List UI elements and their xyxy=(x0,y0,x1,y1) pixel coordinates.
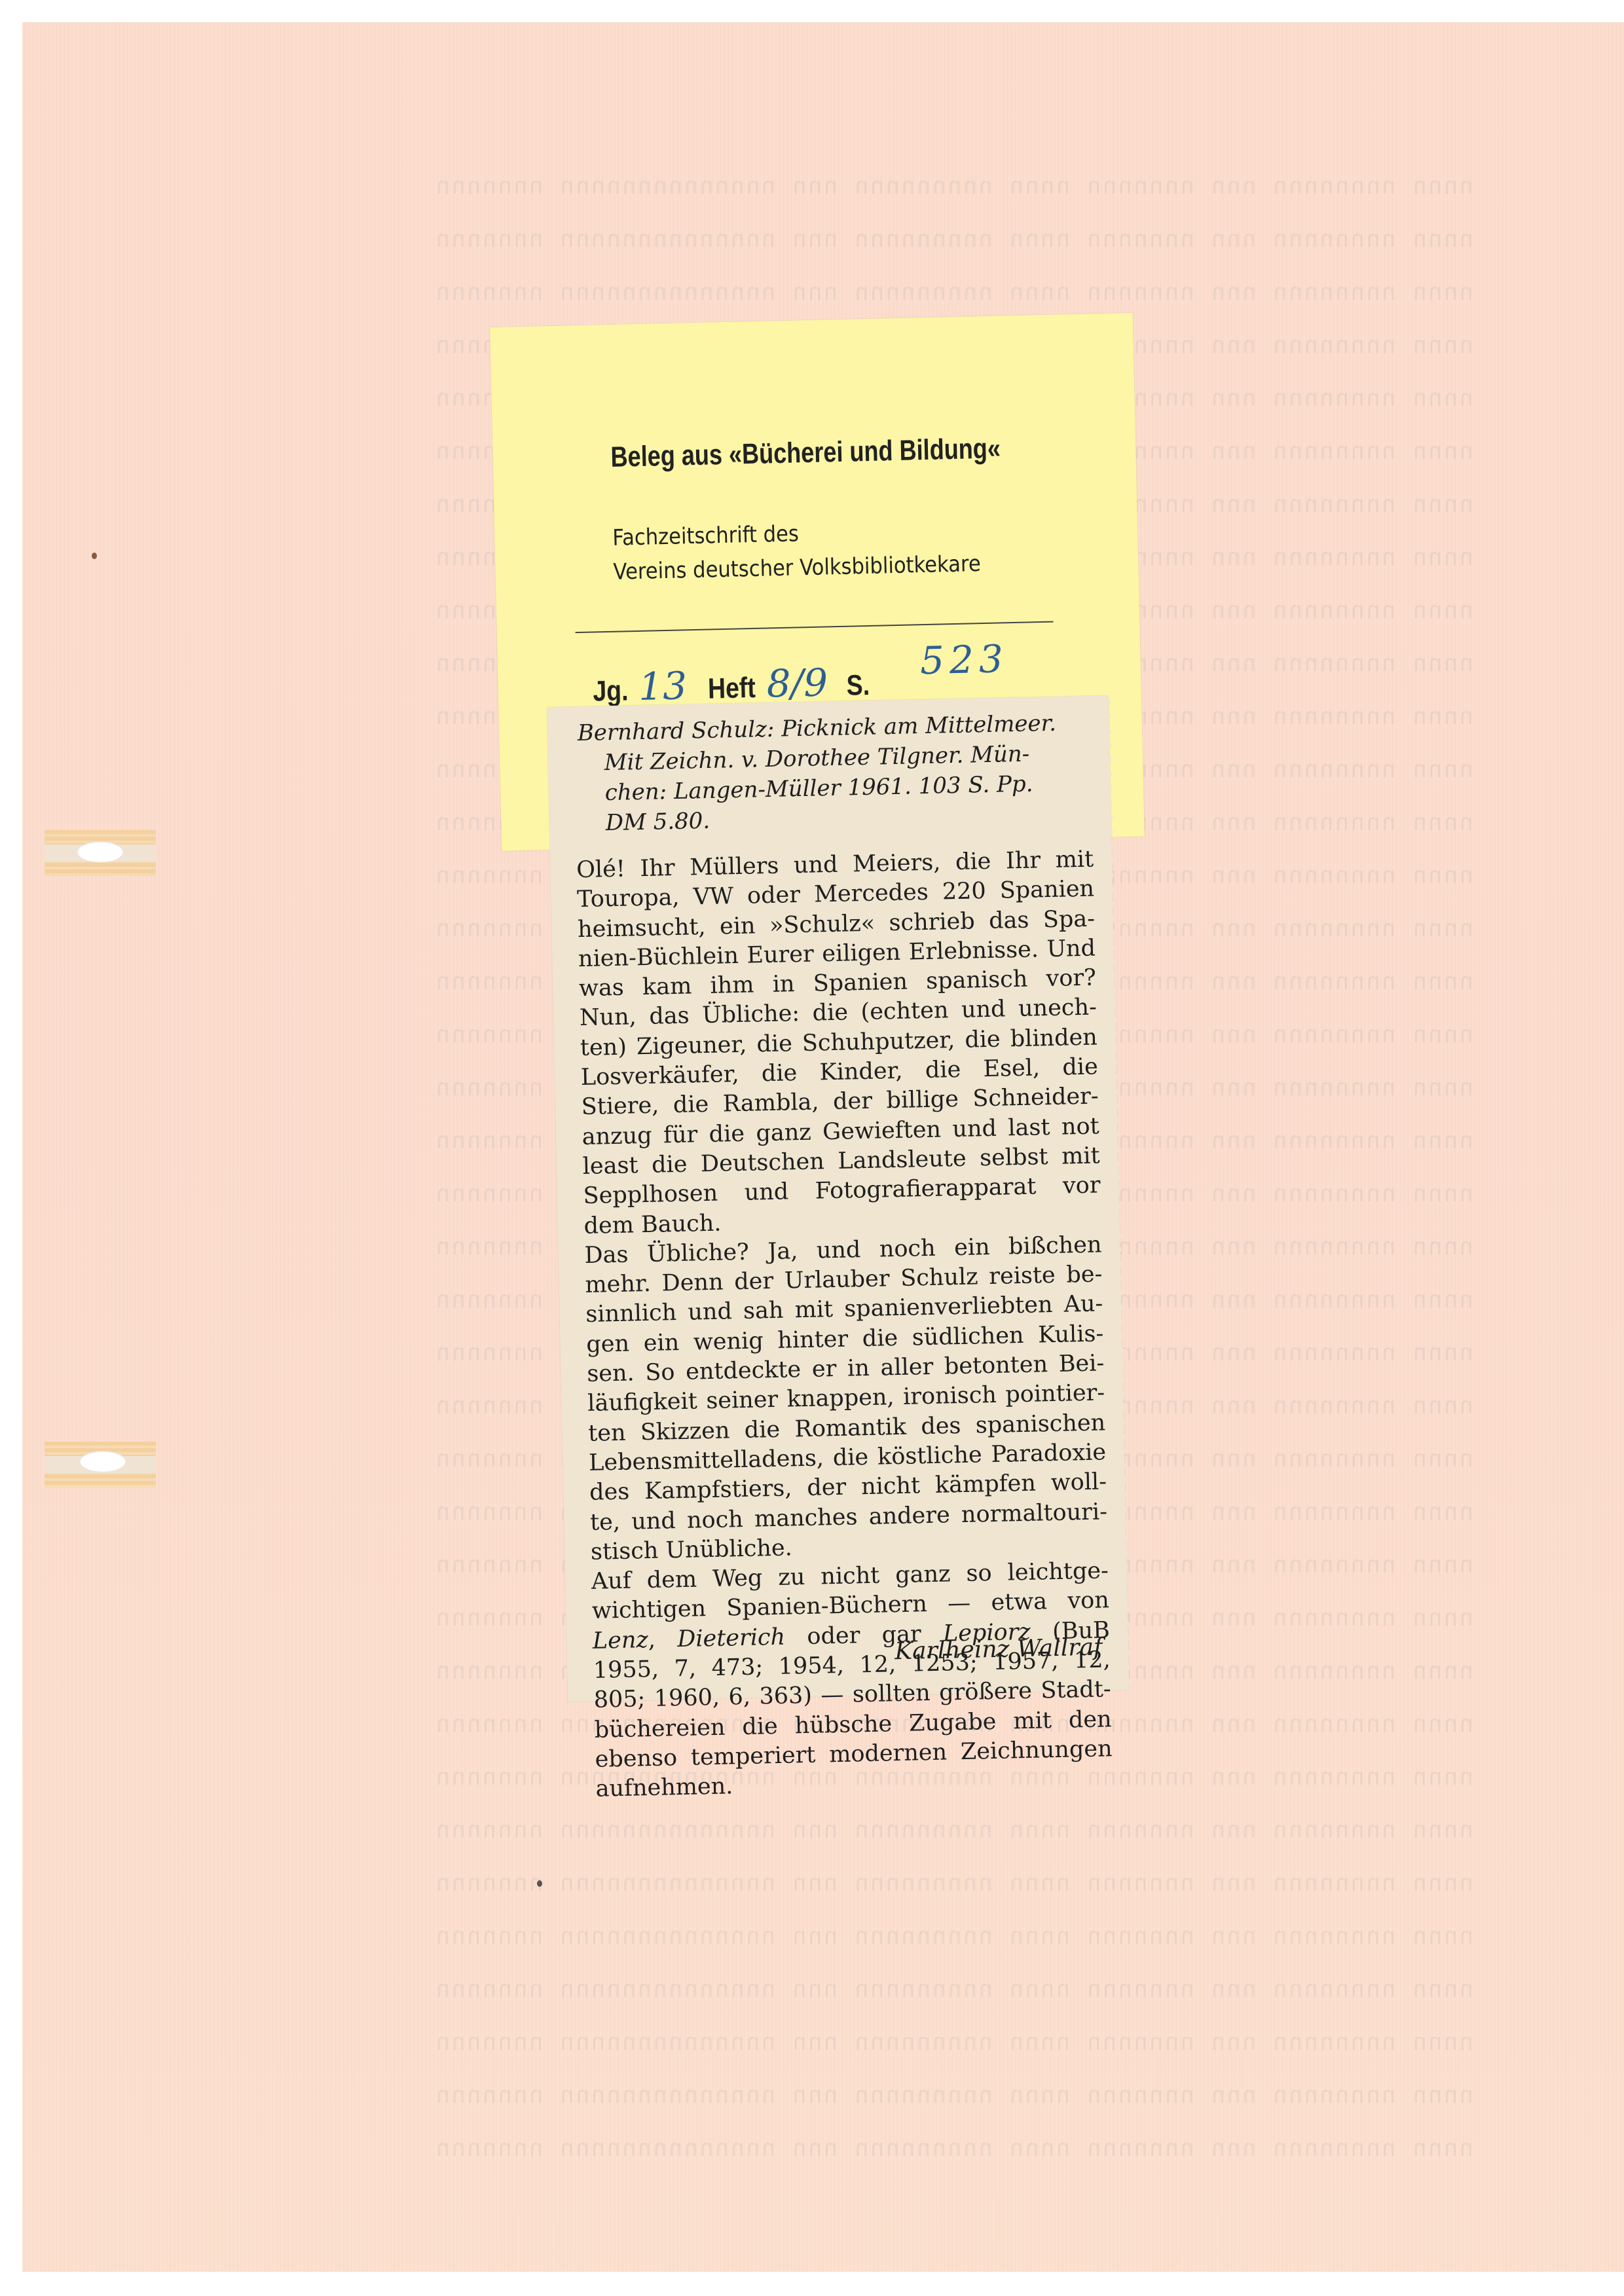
show-through-line: nnnn nnnnnnnn nnn nnnnnnn nnnn nnnnnnnnn… xyxy=(193,1923,1473,1950)
issue-label: Heft xyxy=(707,672,756,706)
show-through-line: nnnn nnnnnnnn nnn nnnnnnn nnnn nnnnnnnnn… xyxy=(193,1817,1473,1844)
show-through-line: nnnn nnnnnnnn nnn nnnnnnn nnnn nnnnnnnnn… xyxy=(193,173,1473,200)
volume-label: Jg. xyxy=(593,674,629,708)
show-through-line: nnnn nnnnnnnn nnn nnnnnnn nnnn nnnnnnnnn… xyxy=(193,1870,1473,1897)
show-through-line: nnnn nnnnnnnn nnn nnnnnnn nnnn nnnnnnnnn… xyxy=(193,2135,1473,2162)
paper-speck xyxy=(537,1880,542,1887)
card-subtitle: Fachzeitschrift des Vereins deutscher Vo… xyxy=(612,513,981,589)
show-through-line: nnnn nnnnnnnn nnn nnnnnnn nnnn nnnnnnnnn… xyxy=(193,2029,1473,2056)
card-title: Beleg aus «Bücherei und Bildung« xyxy=(610,432,1001,473)
newspaper-clipping: Bernhard Schulz: Picknick am Mittelmeer.… xyxy=(547,695,1130,1702)
punch-hole-top xyxy=(77,841,123,862)
book-citation: Bernhard Schulz: Picknick am Mittelmeer.… xyxy=(577,708,1084,839)
card-divider xyxy=(576,621,1054,634)
show-through-line: nnnn nnnnnnnn nnn nnnnnnn nnnn nnnnnnnnn… xyxy=(193,1976,1473,2003)
volume-value: 13 xyxy=(638,663,687,709)
show-through-line: nnnn nnnnnnnn nnn nnnnnnn nnnn nnnnnnnnn… xyxy=(193,279,1473,306)
issue-value: 8/9 xyxy=(766,660,828,706)
show-through-line: nnnn nnnnnnnn nnn nnnnnnn nnnn nnnnnnnnn… xyxy=(193,226,1473,253)
reviewer-signature: Karlheinz Wallraf xyxy=(895,1634,1103,1666)
show-through-line: nnnn nnnnnnnn nnn nnnnnnn nnnn nnnnnnnnn… xyxy=(193,2082,1473,2109)
page-value: 523 xyxy=(919,636,1008,683)
page-label: S. xyxy=(846,669,870,702)
punch-hole-bottom xyxy=(80,1451,126,1472)
paper-speck xyxy=(92,553,97,559)
